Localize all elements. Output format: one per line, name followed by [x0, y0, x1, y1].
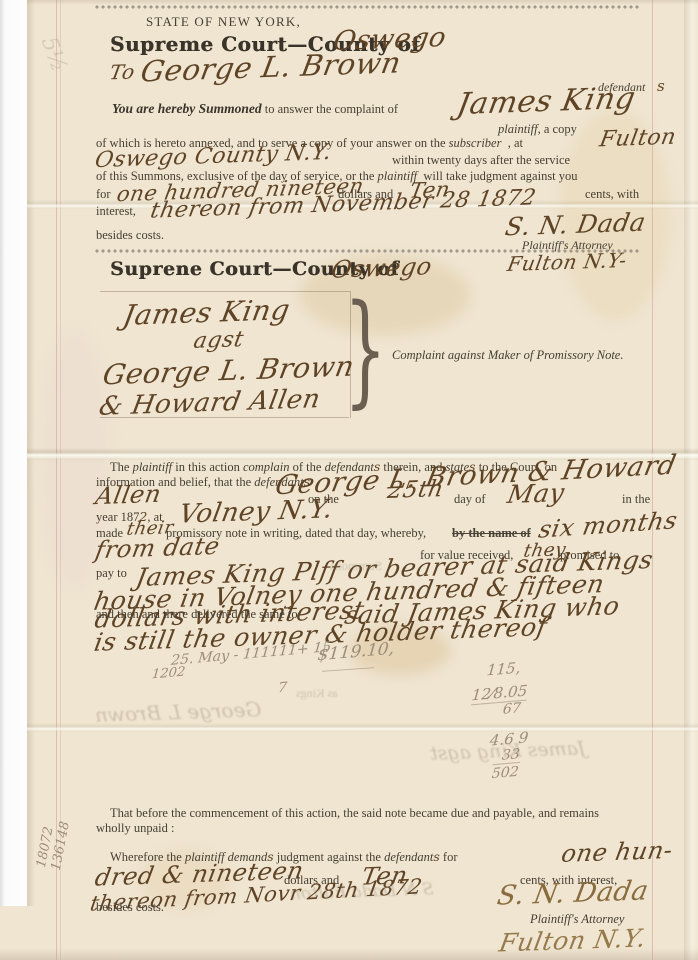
pleading-title: Complaint against Maker of Promissory No… [392, 348, 623, 363]
margin-rule-left-1 [56, 0, 57, 960]
paper-edge-right [684, 0, 698, 960]
pencil-number: 67 [502, 700, 521, 717]
month-handwritten: May [505, 478, 567, 509]
margin-rule-left-2 [60, 0, 61, 960]
allen-handwritten: Allen [93, 480, 163, 510]
struck-phrase: by the name of [452, 526, 531, 541]
from-date-handwritten: from date [93, 532, 222, 564]
day-of-label: day of [454, 492, 486, 507]
day-handwritten: 25th [386, 476, 446, 504]
delivered-label: and then and there delivered the same to [96, 607, 298, 622]
plaintiff-name-handwritten: James King [454, 81, 638, 122]
at-word: , at [501, 136, 523, 150]
bleedthrough-print: Summons [330, 558, 382, 574]
closing-signature-handwritten: S. N. Dada [495, 875, 651, 911]
decorative-border-line [95, 249, 640, 253]
text: The [110, 460, 133, 474]
place-handwritten: Volney N.Y. [177, 494, 336, 529]
caption-versus-handwritten: agst [192, 327, 246, 354]
attorney-signature-handwritten: S. N. Dada [503, 208, 648, 242]
defendant-flourish: s [657, 77, 665, 95]
decorative-border-line [95, 5, 640, 9]
pencil-mark: 7 [277, 680, 287, 697]
twenty-days-line: within twenty days after the service [392, 153, 570, 168]
unpaid-line: wholly unpaid : [96, 821, 174, 836]
closing-place-handwritten: Fulton N.Y. [497, 923, 649, 957]
pencil-number: 1202 [151, 665, 186, 683]
margin-pencil-numbers: 18072 136148 [34, 817, 73, 871]
six-months-handwritten: six months [536, 506, 679, 543]
summons-opening-line: You are hereby Summoned to answer the co… [112, 100, 398, 118]
pencil-number: 115, [486, 659, 521, 680]
a-copy: , a copy [538, 122, 577, 136]
cents-with-label: cents, with [585, 187, 639, 202]
scanned-legal-document: STATE OF NEW YORK, Supreme Court—County … [0, 0, 698, 960]
in-the-label: in the [622, 492, 650, 507]
corner-pencil-mark: 5½ [36, 34, 72, 76]
summoned-phrase: You are hereby Summoned [112, 101, 262, 116]
subscriber-word: subscriber [449, 136, 502, 150]
caption-box-top [100, 291, 350, 292]
scanner-bed-strip [0, 0, 27, 906]
pencil-underline [322, 667, 374, 672]
text: for [440, 850, 458, 864]
interest-label: interest, [96, 204, 136, 219]
closing-amount1-handwritten: one hun- [559, 836, 675, 868]
plaintiff-word: plaintiff [133, 460, 173, 474]
caption-plaintiff-handwritten: James King [121, 293, 293, 332]
caption-brace: } [344, 288, 387, 410]
state-heading: STATE OF NEW YORK, [146, 14, 301, 30]
text: in this action [172, 460, 243, 474]
plaintiff-word: plaintiff [498, 122, 538, 136]
pencil-sum: 502 [491, 762, 520, 782]
besides-costs-label: besides costs. [96, 228, 164, 243]
besides-costs-label: besides costs. [96, 900, 164, 915]
at-place-handwritten: Fulton [598, 125, 679, 153]
bleedthrough-handwriting: James King agst [430, 737, 586, 764]
bleedthrough-print: as Kings [296, 686, 338, 701]
pay-to-label: pay to [96, 566, 127, 581]
for-label: for [96, 187, 111, 202]
due-line: That before the commencement of this act… [110, 806, 599, 821]
to-label-handwritten: To [108, 60, 137, 85]
summoned-rest: to answer the complaint of [262, 102, 398, 116]
